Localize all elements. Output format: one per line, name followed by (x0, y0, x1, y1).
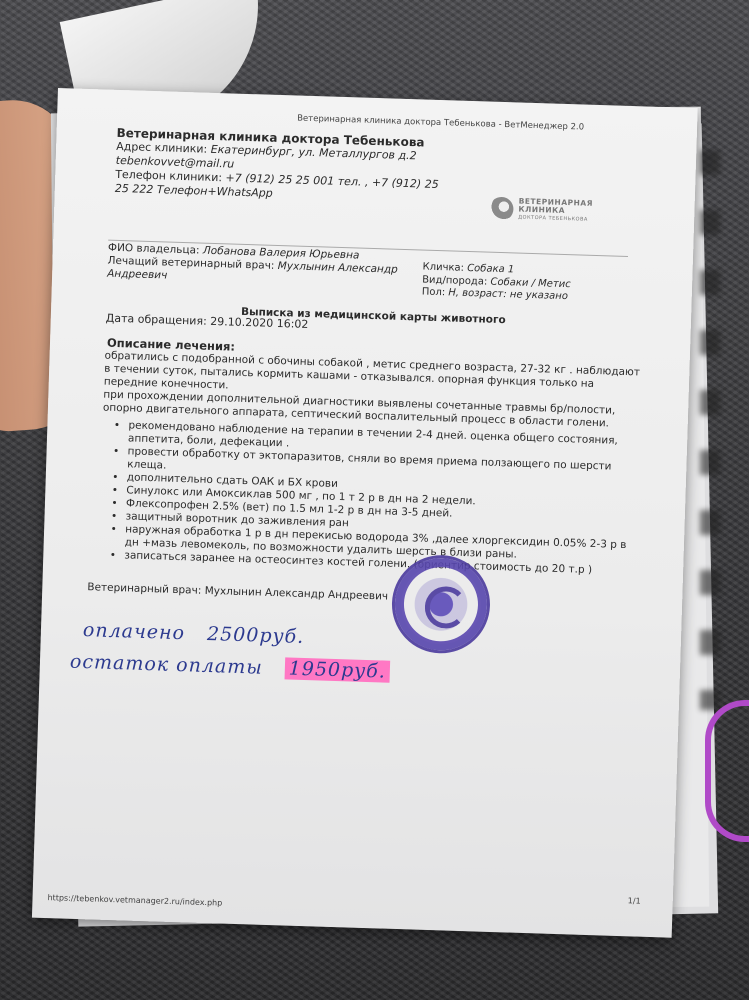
recommendations-list: рекомендовано наблюдение на терапии в те… (98, 419, 642, 579)
document-page: Ветеринарная клиника доктора Тебенькова … (32, 88, 698, 938)
clinic-logo-icon (489, 197, 514, 222)
treatment-description: обратились с подобранной с обочины собак… (98, 350, 644, 579)
purple-strap (705, 700, 749, 842)
signature-line: Ветеринарный врач: Мухлынин Александр Ан… (87, 581, 388, 602)
print-header: Ветеринарная клиника доктора Тебенькова … (297, 114, 584, 133)
pet-info: Кличка: Собака 1 Вид/порода: Собаки / Ме… (422, 262, 623, 306)
handwritten-paid: оплачено2500руб. (83, 619, 305, 648)
handwritten-remaining: остаток оплаты1950руб. (70, 651, 391, 683)
blurred-edge (700, 150, 720, 710)
page-number: 1/1 (628, 896, 641, 905)
footer-url: https://tebenkov.vetmanager2.ru/index.ph… (47, 893, 222, 907)
highlighted-amount: 1950руб. (284, 657, 390, 682)
clinic-info: Ветеринарная клиника доктора Тебенькова … (115, 126, 447, 206)
clinic-logo: ВЕТЕРИНАРНАЯ КЛИНИКА ДОКТОРА ТЕБЕНЬКОВА (489, 197, 593, 224)
